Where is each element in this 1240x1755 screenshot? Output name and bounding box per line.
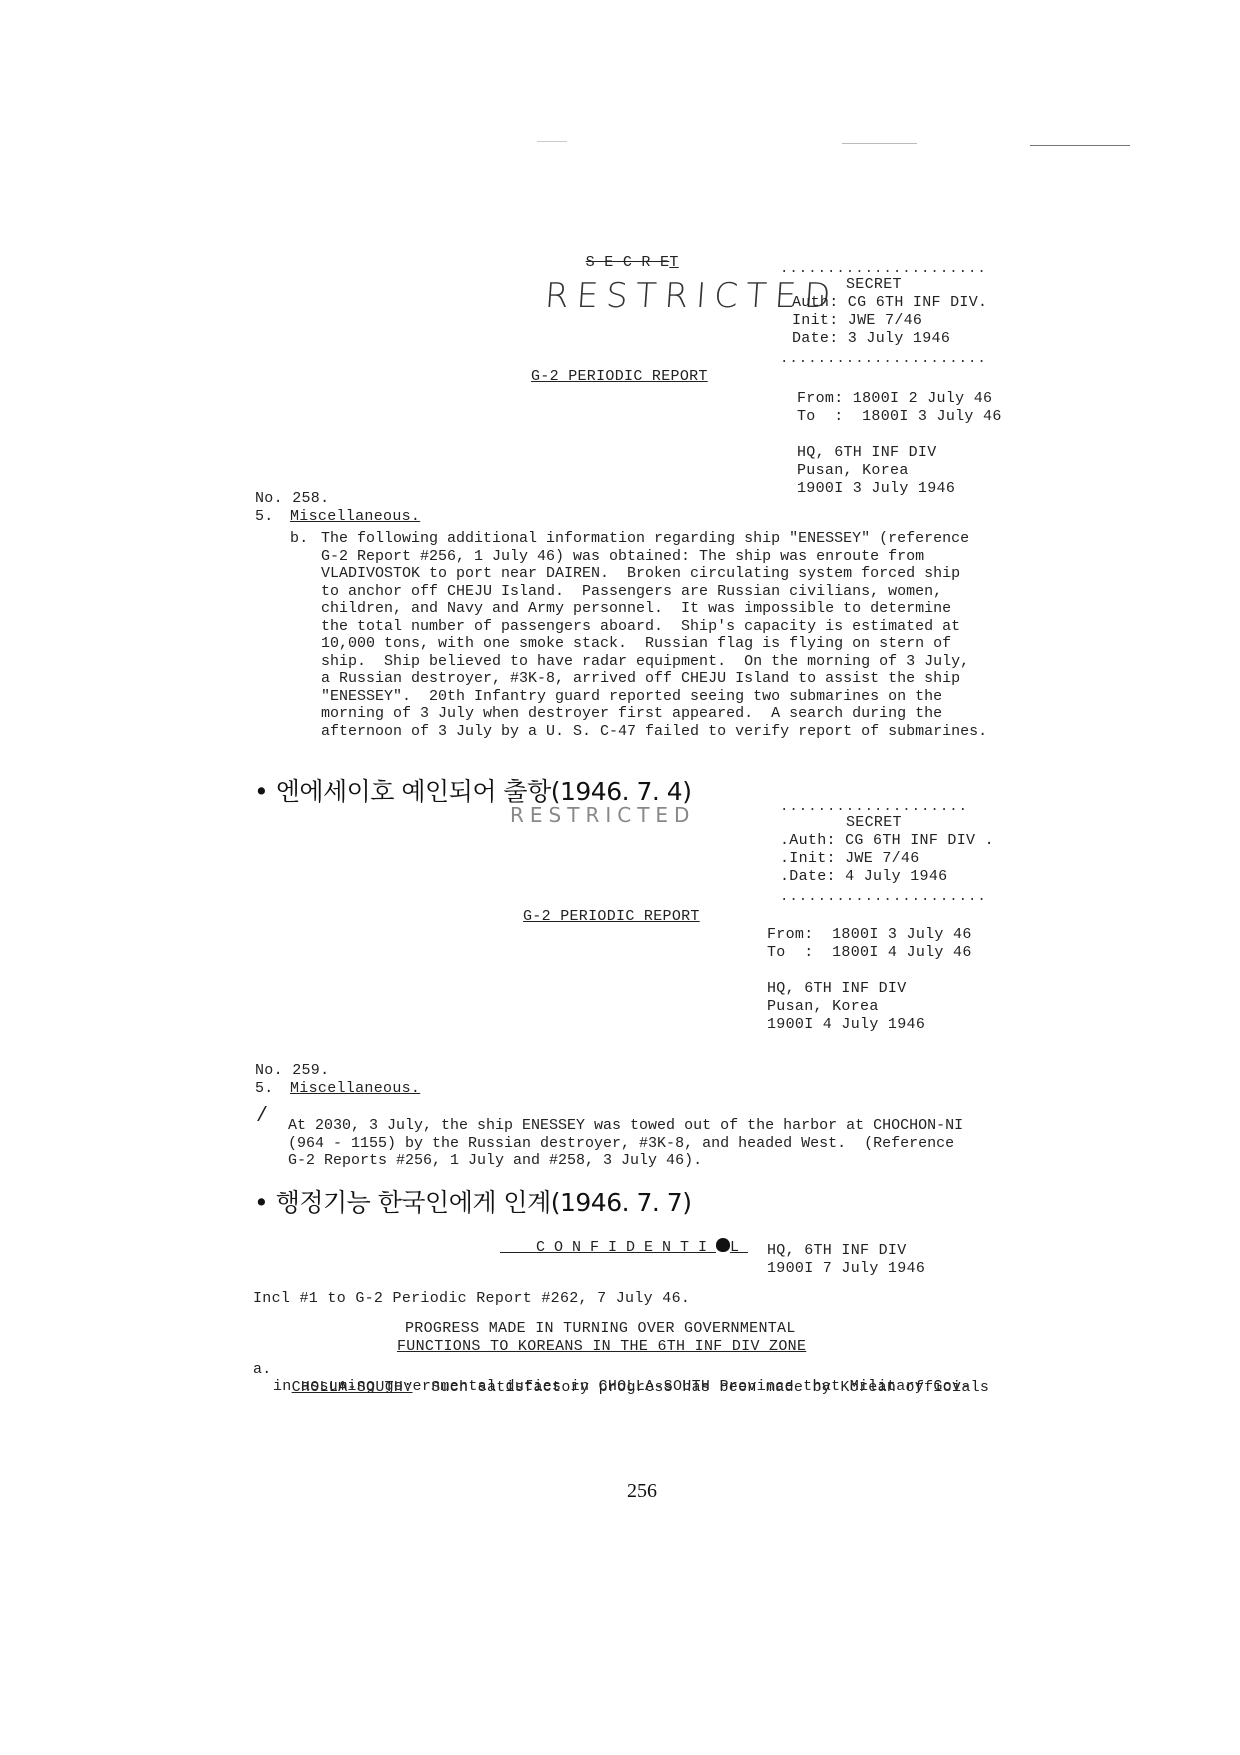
paragraph-line: (964 - 1155) by the Russian destroyer, #… xyxy=(288,1135,963,1153)
report-origin-2: HQ, 6TH INF DIV Pusan, Korea 1900I 4 Jul… xyxy=(767,980,925,1034)
paragraph-line: At 2030, 3 July, the ship ENESSEY was to… xyxy=(288,1117,963,1135)
period-from: From: 1800I 2 July 46 xyxy=(797,390,1002,408)
paragraph-line: to anchor off CHEJU Island. Passengers a… xyxy=(321,583,987,601)
origin-location: Pusan, Korea xyxy=(797,462,955,480)
box-init: .Init: JWE 7/46 xyxy=(780,850,990,868)
scan-artifact-line xyxy=(1030,145,1130,146)
paragraph-line: G-2 Reports #256, 1 July and #258, 3 Jul… xyxy=(288,1152,963,1170)
section-title-2: Miscellaneous. xyxy=(290,1080,420,1098)
report-heading: G-2 PERIODIC REPORT xyxy=(531,368,708,386)
margin-slash-mark: / xyxy=(256,1108,268,1126)
report-number-2: No. 259. xyxy=(255,1062,329,1080)
scan-artifact-line xyxy=(537,141,567,142)
classification-text-end: L xyxy=(730,1239,748,1256)
paragraph-line: afternoon of 3 July by a U. S. C-47 fail… xyxy=(321,723,987,741)
paragraph-line: The following additional information reg… xyxy=(321,530,987,548)
paragraph-line: a Russian destroyer, #3K-8, arrived off … xyxy=(321,670,987,688)
korean-caption-admin-transfer: • 행정기능 한국인에게 인계(1946. 7. 7) xyxy=(254,1183,691,1219)
origin-hq: HQ, 6TH INF DIV xyxy=(767,1242,925,1260)
inclosure-reference: Incl #1 to G-2 Periodic Report #262, 7 J… xyxy=(253,1290,690,1308)
paragraph-body: The following additional information reg… xyxy=(321,530,987,740)
report-origin: HQ, 6TH INF DIV Pusan, Korea 1900I 3 Jul… xyxy=(797,444,955,498)
paragraph-line: ship. Ship believed to have radar equipm… xyxy=(321,653,987,671)
document-title-line-1: PROGRESS MADE IN TURNING OVER GOVERNMENT… xyxy=(405,1320,796,1338)
section-number-2: 5. xyxy=(255,1080,274,1098)
box-init: Init: JWE 7/46 xyxy=(780,312,990,330)
dotted-border-top: .................... xyxy=(780,800,990,814)
origin-datetime: 1900I 4 July 1946 xyxy=(767,1016,925,1034)
scan-artifact-line xyxy=(842,143,917,144)
paragraph-label: b. xyxy=(290,530,309,548)
report-heading-2: G-2 PERIODIC REPORT xyxy=(523,908,700,926)
paragraph-line: G-2 Report #256, 1 July 46) was obtained… xyxy=(321,548,987,566)
box-auth: .Auth: CG 6TH INF DIV . xyxy=(780,832,990,850)
paragraph-line: children, and Navy and Army personnel. I… xyxy=(321,600,987,618)
paragraph-line: 10,000 tons, with one smoke stack. Russi… xyxy=(321,635,987,653)
period-to: To : 1800I 3 July 46 xyxy=(797,408,1002,426)
box-auth: Auth: CG 6TH INF DIV. xyxy=(780,294,990,312)
box-date: .Date: 4 July 1946 xyxy=(780,868,990,886)
box-title: SECRET xyxy=(780,276,990,294)
paragraph-line: "ENESSEY". 20th Infantry guard reported … xyxy=(321,688,987,706)
paragraph-body-2: At 2030, 3 July, the ship ENESSEY was to… xyxy=(288,1117,963,1170)
report-origin-3: HQ, 6TH INF DIV 1900I 7 July 1946 xyxy=(767,1242,925,1278)
box-title: SECRET xyxy=(780,814,990,832)
classification-secret-struck: S E C R ET xyxy=(567,236,679,272)
origin-location: Pusan, Korea xyxy=(767,998,925,1016)
dotted-border-top: ...................... xyxy=(780,262,990,276)
secret-authorization-box-2: .................... SECRET .Auth: CG 6T… xyxy=(780,800,990,904)
report-number: No. 258. xyxy=(255,490,329,508)
paragraph-line: VLADIVOSTOK to port near DAIREN. Broken … xyxy=(321,565,987,583)
report-period-2: From: 1800I 3 July 46 To : 1800I 4 July … xyxy=(767,926,972,962)
struck-classification: S E C R E xyxy=(586,254,670,271)
paragraph-line: morning of 3 July when destroyer first a… xyxy=(321,705,987,723)
handwritten-restricted-stamp-faint: RESTRICTED xyxy=(510,803,695,827)
page-number: 256 xyxy=(627,1480,657,1503)
paragraph-body-3-line-2: in assuming governmental duties in CHOLL… xyxy=(273,1378,971,1396)
dotted-border-bottom: ...................... xyxy=(780,352,990,366)
origin-hq: HQ, 6TH INF DIV xyxy=(797,444,955,462)
document-title-line-2: FUNCTIONS TO KOREANS IN THE 6TH INF DIV … xyxy=(397,1338,806,1356)
secret-authorization-box: ...................... SECRET Auth: CG 6… xyxy=(780,262,990,366)
report-period: From: 1800I 2 July 46 To : 1800I 3 July … xyxy=(797,390,1002,426)
origin-hq: HQ, 6TH INF DIV xyxy=(767,980,925,998)
classification-text: CONFIDENTI xyxy=(536,1239,716,1256)
classification-confidential: CONFIDENTIL xyxy=(500,1220,748,1257)
section-number: 5. xyxy=(255,508,274,526)
paragraph-line: the total number of passengers aboard. S… xyxy=(321,618,987,636)
period-to: To : 1800I 4 July 46 xyxy=(767,944,972,962)
classification-tail: T xyxy=(669,254,678,271)
section-title: Miscellaneous. xyxy=(290,508,420,526)
box-date: Date: 3 July 1946 xyxy=(780,330,990,348)
paragraph-label-3: a. xyxy=(253,1361,272,1379)
origin-datetime: 1900I 7 July 1946 xyxy=(767,1260,925,1278)
dotted-border-bottom: ...................... xyxy=(780,890,990,904)
period-from: From: 1800I 3 July 46 xyxy=(767,926,972,944)
ink-blot xyxy=(716,1238,730,1252)
origin-datetime: 1900I 3 July 1946 xyxy=(797,480,955,498)
